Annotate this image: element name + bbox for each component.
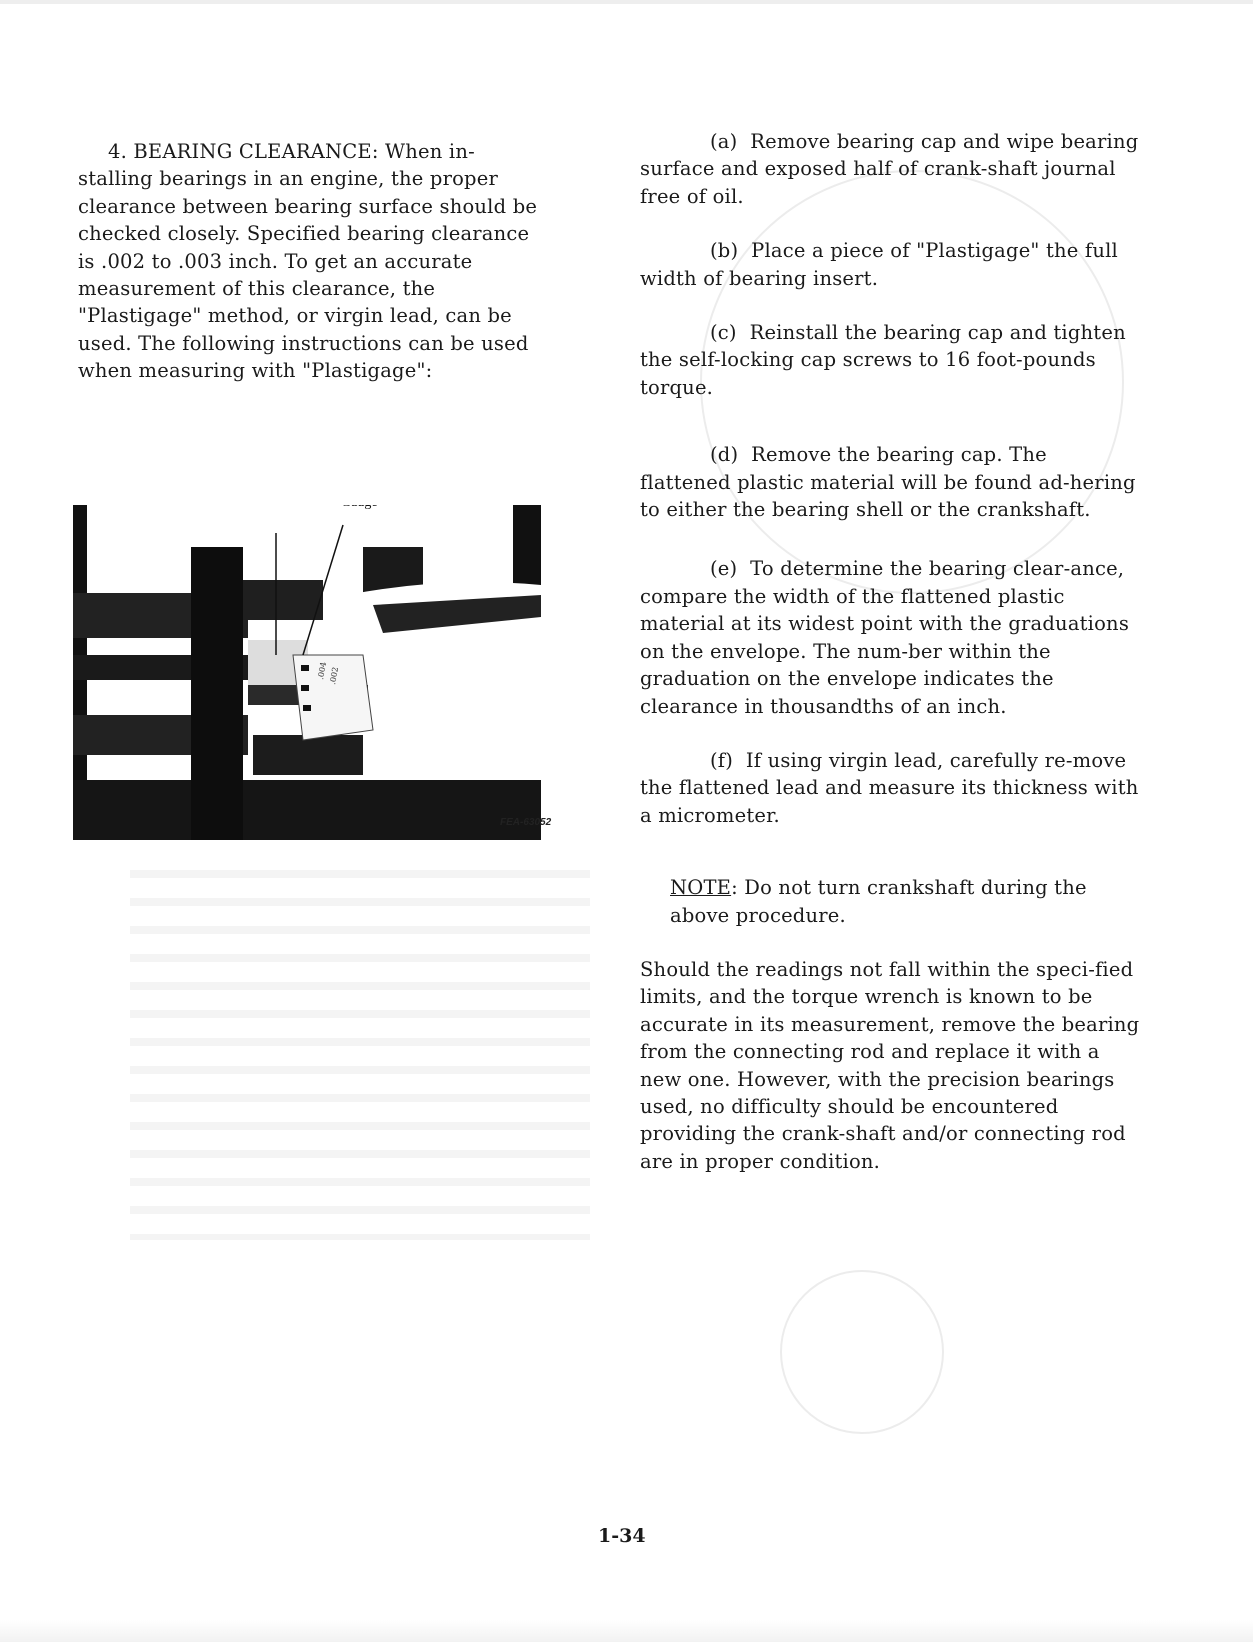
step-marker: (a) (710, 130, 737, 153)
page-number: 1-34 (598, 1525, 646, 1547)
step-a: (a) Remove bearing cap and wipe bearing … (640, 128, 1140, 210)
step-d: (d) Remove the bearing cap. The flattene… (640, 441, 1140, 523)
section-heading: 4. BEARING CLEARANCE: (108, 140, 379, 163)
right-column: (a) Remove bearing cap and wipe bearing … (640, 128, 1140, 1202)
step-marker: (f) (710, 749, 733, 772)
step-b: (b) Place a piece of "Plastigage" the fu… (640, 237, 1140, 292)
step-marker: (b) (710, 239, 738, 262)
intro-text: When in-stalling bearings in an engine, … (78, 140, 537, 382)
step-text: To determine the bearing clear-ance, com… (640, 557, 1129, 717)
page-bottom-edge (0, 1620, 1253, 1642)
bleed-through-arc (780, 1270, 944, 1434)
photo-illustration: .004 .002 (73, 505, 541, 840)
step-f: (f) If using virgin lead, carefully re-m… (640, 747, 1140, 829)
plastigage-figure: .004 .002 Plastigage flattened Gauge FEA… (73, 505, 563, 840)
label-gauge: Gauge (341, 505, 378, 510)
step-marker: (e) (710, 557, 737, 580)
step-marker: (d) (710, 443, 738, 466)
left-column: 4. BEARING CLEARANCE: When in-stalling b… (78, 138, 548, 412)
bearing-clearance-paragraph: 4. BEARING CLEARANCE: When in-stalling b… (78, 138, 548, 385)
step-marker: (c) (710, 321, 737, 344)
page-top-edge (0, 0, 1253, 4)
engine-bearing-photo: .004 .002 Plastigage flattened Gauge (73, 505, 541, 840)
bleed-through-text (130, 860, 590, 1240)
note-text: : Do not turn crankshaft during the abov… (670, 876, 1087, 926)
step-c: (c) Reinstall the bearing cap and tighte… (640, 319, 1140, 401)
step-e: (e) To determine the bearing clear-ance,… (640, 555, 1140, 719)
note-label: NOTE (670, 876, 731, 899)
note-paragraph: NOTE: Do not turn crankshaft during the … (638, 874, 1140, 929)
closing-paragraph: Should the readings not fall within the … (640, 956, 1140, 1175)
figure-code: FEA-63052 (500, 817, 551, 828)
